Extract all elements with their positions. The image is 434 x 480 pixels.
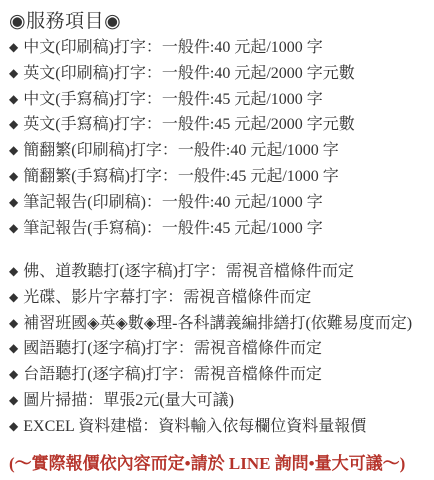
services-page: ◉服務項目◉ ◆中文(印刷稿)打字：一般件:40 元起/1000 字 ◆英文(印… [0,0,434,480]
service-item-text: 英文(手寫稿)打字：一般件:45 元起/2000 字元數 [23,116,355,133]
service-item: ◆英文(印刷稿)打字：一般件:40 元起/2000 字元數 [9,61,432,87]
diamond-bullet-icon: ◆ [9,362,18,387]
service-item-text: 國語聽打(逐字稿)打字：需視音檔條件而定 [23,340,322,357]
service-item-text: 簡翻繁(印刷稿)打字：一般件:40 元起/1000 字 [23,142,339,159]
diamond-bullet-icon: ◆ [9,87,18,113]
service-item: ◆筆記報告(印刷稿)：一般件:40 元起/1000 字 [9,190,432,216]
service-item-text: 佛、道教聽打(逐字稿)打字：需視音檔條件而定 [23,263,354,280]
service-item: ◆英文(手寫稿)打字：一般件:45 元起/2000 字元數 [9,112,432,138]
service-item: ◆補習班國◈英◈數◈理-各科講義編排繕打(依難易度而定) [9,311,432,337]
diamond-bullet-icon: ◆ [9,285,18,310]
diamond-bullet-icon: ◆ [9,216,18,242]
service-item: ◆中文(手寫稿)打字：一般件:45 元起/1000 字 [9,87,432,113]
diamond-bullet-icon: ◆ [9,259,18,284]
diamond-bullet-icon: ◆ [9,414,18,439]
service-item-text: 光碟、影片字幕打字：需視音檔條件而定 [23,289,311,306]
service-item-text: 圖片掃描：單張2元(量大可議) [23,392,234,409]
section-gap [9,241,432,259]
diamond-bullet-icon: ◆ [9,388,18,413]
diamond-bullet-icon: ◆ [9,336,18,361]
diamond-bullet-icon: ◆ [9,138,18,164]
service-item: ◆圖片掃描：單張2元(量大可議) [9,388,432,414]
footer-note: (～實際報價依內容而定•請於 LINE 詢問•量大可議～) [9,453,432,475]
service-item-text: EXCEL 資料建檔：資料輸入依每欄位資料量報價 [23,418,366,435]
service-item-text: 筆記報告(手寫稿)：一般件:45 元起/1000 字 [23,220,323,237]
diamond-bullet-icon: ◆ [9,164,18,190]
service-list-priced: ◆中文(印刷稿)打字：一般件:40 元起/1000 字 ◆英文(印刷稿)打字：一… [9,35,432,241]
service-item-text: 筆記報告(印刷稿)：一般件:40 元起/1000 字 [23,194,323,211]
service-list-quoted: ◆佛、道教聽打(逐字稿)打字：需視音檔條件而定 ◆光碟、影片字幕打字：需視音檔條… [9,259,432,439]
service-item: ◆國語聽打(逐字稿)打字：需視音檔條件而定 [9,336,432,362]
service-item-text: 台語聽打(逐字稿)打字：需視音檔條件而定 [23,366,322,383]
service-item: ◆佛、道教聽打(逐字稿)打字：需視音檔條件而定 [9,259,432,285]
diamond-bullet-icon: ◆ [9,35,18,61]
service-item-text: 英文(印刷稿)打字：一般件:40 元起/2000 字元數 [23,65,355,82]
service-item-text: 簡翻繁(手寫稿)打字：一般件:45 元起/1000 字 [23,168,339,185]
page-title: ◉服務項目◉ [9,8,432,35]
service-item: ◆簡翻繁(印刷稿)打字：一般件:40 元起/1000 字 [9,138,432,164]
diamond-bullet-icon: ◆ [9,61,18,87]
diamond-bullet-icon: ◆ [9,112,18,138]
service-item: ◆中文(印刷稿)打字：一般件:40 元起/1000 字 [9,35,432,61]
diamond-bullet-icon: ◆ [9,311,18,336]
diamond-bullet-icon: ◆ [9,190,18,216]
service-item: ◆簡翻繁(手寫稿)打字：一般件:45 元起/1000 字 [9,164,432,190]
service-item: ◆EXCEL 資料建檔：資料輸入依每欄位資料量報價 [9,414,432,440]
service-item-text: 中文(手寫稿)打字：一般件:45 元起/1000 字 [23,91,323,108]
service-item: ◆台語聽打(逐字稿)打字：需視音檔條件而定 [9,362,432,388]
service-item-text: 中文(印刷稿)打字：一般件:40 元起/1000 字 [23,39,323,56]
service-item: ◆筆記報告(手寫稿)：一般件:45 元起/1000 字 [9,216,432,242]
service-item: ◆光碟、影片字幕打字：需視音檔條件而定 [9,285,432,311]
service-item-text: 補習班國◈英◈數◈理-各科講義編排繕打(依難易度而定) [23,315,412,332]
